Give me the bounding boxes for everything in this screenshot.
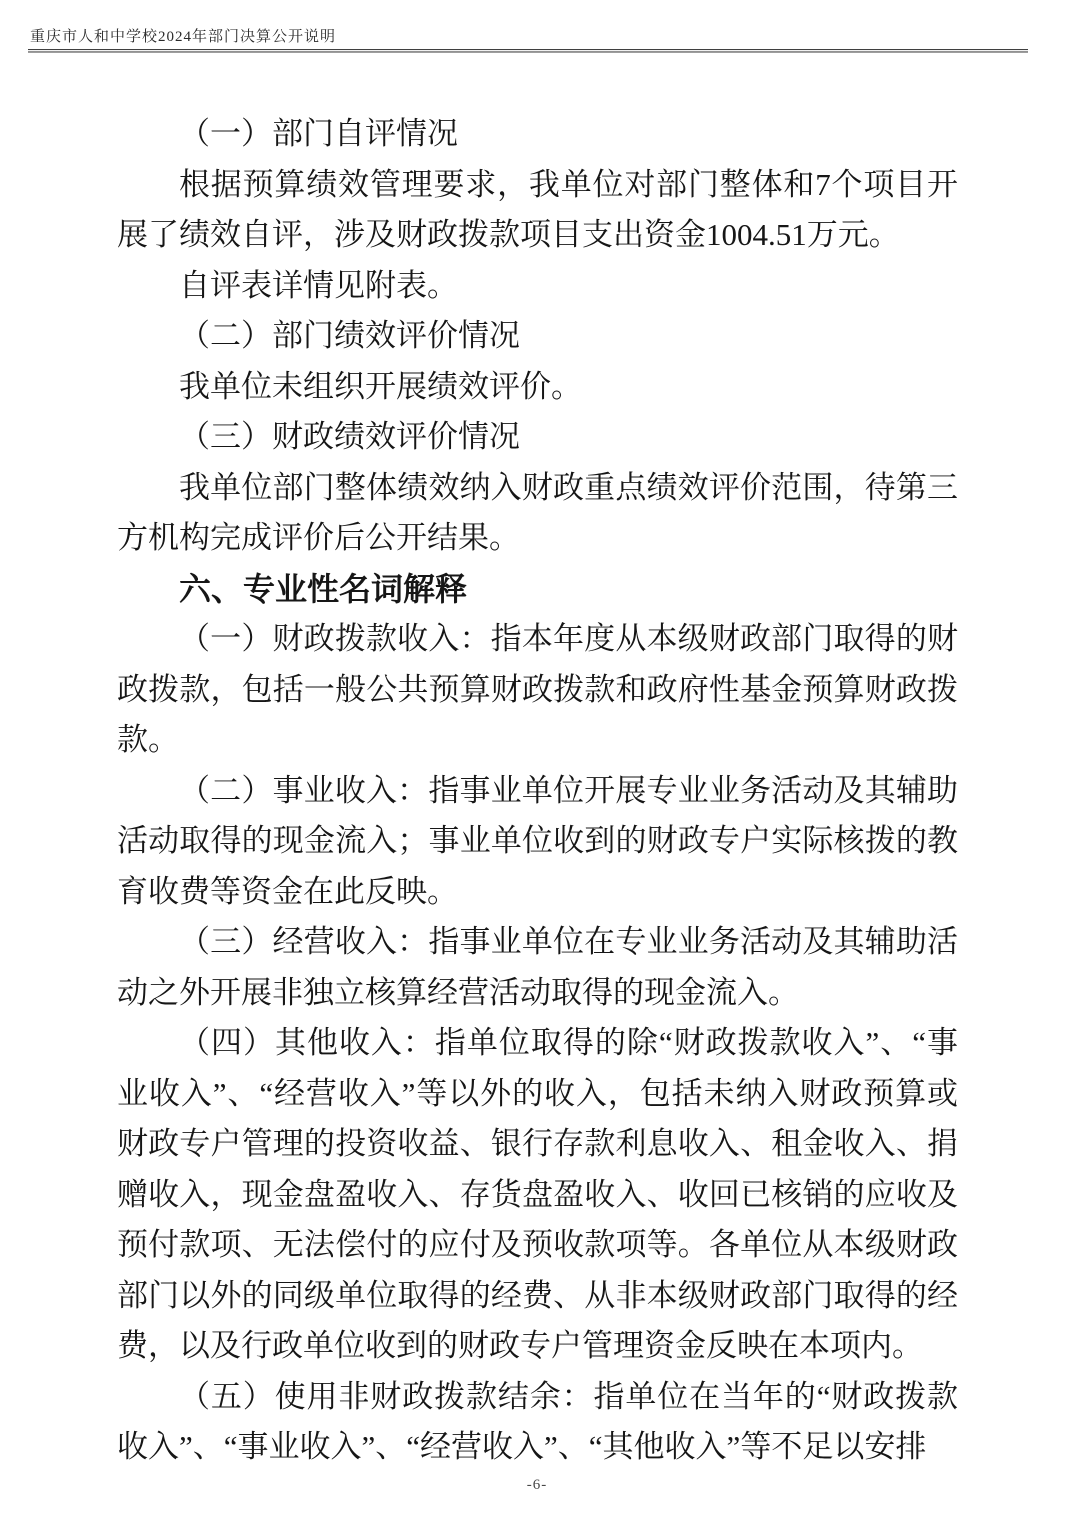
term-definition-paragraph: （一）财政拨款收入：指本年度从本级财政部门取得的财政拨款，包括一般公共预算财政拨… [117,614,958,766]
body-paragraph: 根据预算绩效管理要求，我单位对部门整体和7个项目开展了绩效自评，涉及财政拨款项目… [117,160,958,261]
term-definition-paragraph: （四）其他收入：指单位取得的除“财政拨款收入”、“事业收入”、“经营收入”等以外… [117,1018,958,1372]
body-paragraph: 自评表详情见附表。 [117,261,958,312]
page-footer: -6- [0,1476,1074,1494]
page-number: -6- [527,1477,548,1493]
document-body: （一）部门自评情况 根据预算绩效管理要求，我单位对部门整体和7个项目开展了绩效自… [117,109,958,1473]
section-heading-1: （一）部门自评情况 [117,109,958,160]
term-definition-paragraph: （三）经营收入：指事业单位在专业业务活动及其辅助活动之外开展非独立核算经营活动取… [117,917,958,1018]
chapter-heading-6: 六、专业性名词解释 [117,564,958,615]
document-page: 重庆市人和中学校2024年部门决算公开说明 （一）部门自评情况 根据预算绩效管理… [0,0,1074,1520]
term-definition-paragraph: （五）使用非财政拨款结余：指单位在当年的“财政拨款收入”、“事业收入”、“经营收… [117,1372,958,1473]
section-heading-3: （三）财政绩效评价情况 [117,412,958,463]
running-header-title: 重庆市人和中学校2024年部门决算公开说明 [30,28,336,47]
body-paragraph: 我单位未组织开展绩效评价。 [117,362,958,413]
section-heading-2: （二）部门绩效评价情况 [117,311,958,362]
header-rule-divider [28,49,1028,53]
term-definition-paragraph: （二）事业收入：指事业单位开展专业业务活动及其辅助活动取得的现金流入；事业单位收… [117,766,958,918]
body-paragraph: 我单位部门整体绩效纳入财政重点绩效评价范围，待第三方机构完成评价后公开结果。 [117,463,958,564]
